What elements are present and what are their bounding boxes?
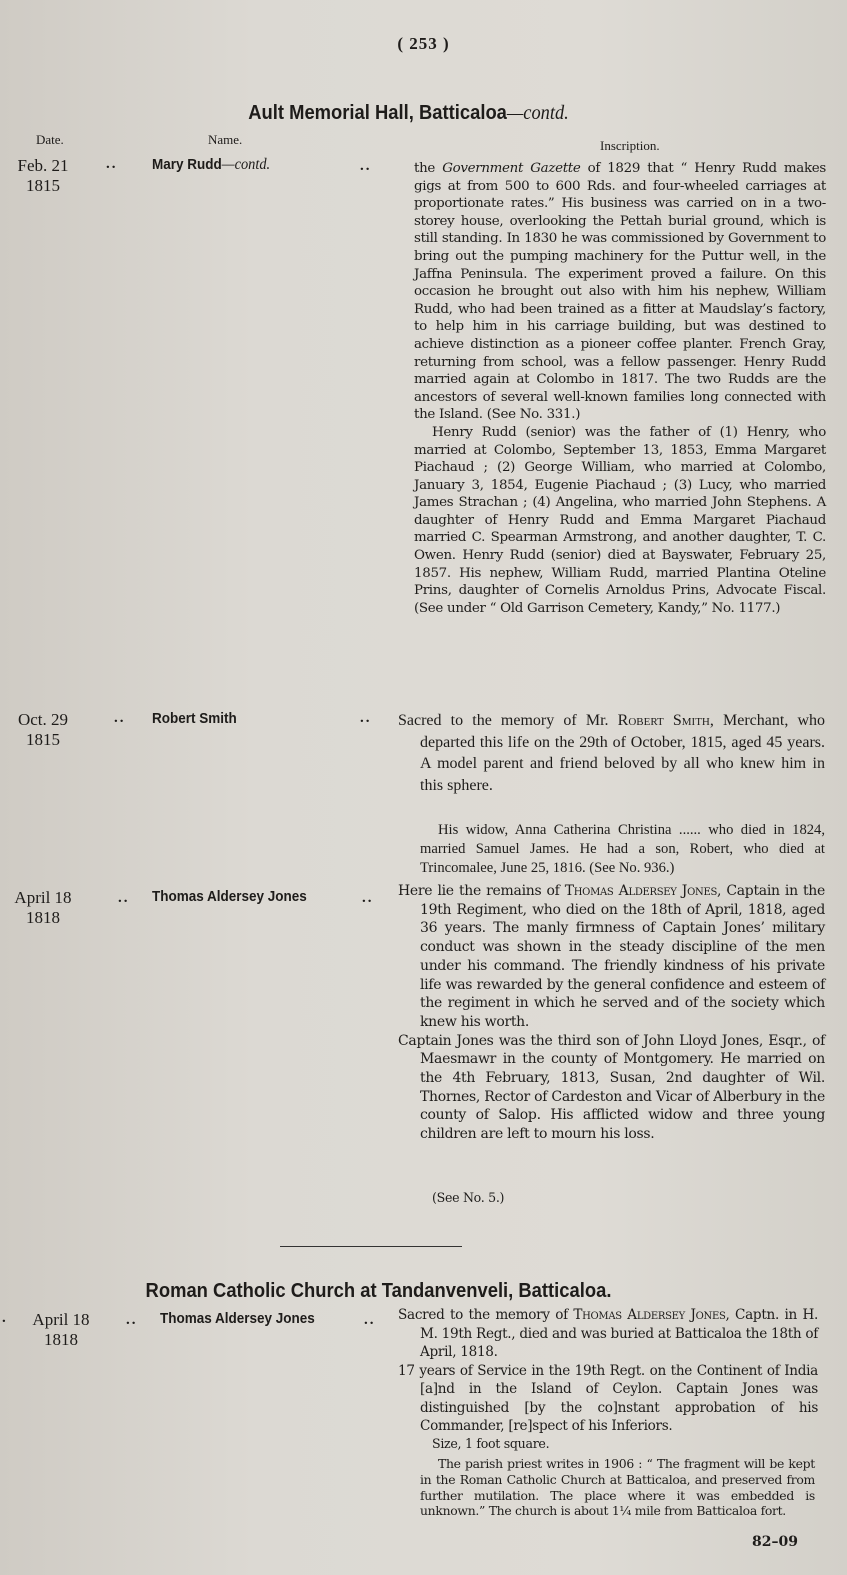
date-day: April 18 — [26, 1310, 96, 1330]
entry-note: His widow, Anna Catherina Christina ....… — [420, 821, 825, 878]
entry-name: Thomas Aldersey Jones — [160, 1310, 315, 1327]
inscription-paragraph: 17 years of Service in the 19th Regt. on… — [398, 1362, 818, 1436]
size-note: Size, 1 foot square. — [432, 1436, 812, 1452]
section-title-text: Ault Memorial Hall, Batticaloa — [248, 102, 507, 124]
inscription-paragraph: Captain Jones was the third son of John … — [398, 1032, 825, 1144]
entry-date: Oct. 291815 — [8, 710, 78, 750]
section-title-ault-memorial-hall: Ault Memorial Hall, Batticaloa—contd. — [19, 102, 798, 125]
entry-inscription: Sacred to the memory of Mr. Robert Smith… — [398, 710, 825, 796]
date-day: Oct. 29 — [8, 710, 78, 730]
entry-note: (See No. 5.) — [432, 1190, 632, 1206]
dots-separator: .. — [360, 710, 372, 727]
dots-separator: .. — [364, 1312, 376, 1329]
date-year: 1818 — [8, 908, 78, 928]
column-header-name: Name. — [208, 132, 242, 148]
dots-separator: .. — [118, 890, 130, 907]
page-number: ( 253 ) — [0, 34, 847, 54]
margin-dot: . — [2, 1310, 8, 1327]
publication-title: Government Gazette — [442, 161, 580, 176]
entry-inscription: Sacred to the memory of Thomas Aldersey … — [398, 1306, 818, 1436]
entry-name: Mary Rudd—contd. — [152, 156, 270, 174]
entry-date: Feb. 211815 — [8, 156, 78, 196]
column-header-date: Date. — [36, 132, 64, 148]
entry-note: The parish priest writes in 1906 : “ The… — [420, 1456, 815, 1519]
inscription-paragraph: Sacred to the memory of Mr. Robert Smith… — [398, 710, 825, 796]
date-year: 1818 — [26, 1330, 96, 1350]
entry-date: April 181818 — [8, 888, 78, 928]
deceased-name-caps: Robert Smith — [618, 712, 710, 729]
entry-inscription: Here lie the remains of Thomas Aldersey … — [398, 882, 825, 1144]
entry-inscription: the Government Gazette of 1829 that “ He… — [414, 160, 826, 617]
dots-separator: .. — [360, 158, 372, 175]
entry-date: April 181818 — [26, 1310, 96, 1350]
inscription-paragraph: Henry Rudd (senior) was the father of (1… — [414, 424, 826, 618]
inscription-paragraph: Sacred to the memory of Thomas Aldersey … — [398, 1306, 818, 1362]
date-year: 1815 — [8, 176, 78, 196]
footer-code: 82–09 — [752, 1534, 798, 1550]
deceased-name-caps: Thomas Aldersey Jones — [573, 1307, 725, 1323]
date-day: Feb. 21 — [8, 156, 78, 176]
section-title-contd: —contd. — [507, 102, 569, 124]
inscription-paragraph: the Government Gazette of 1829 that “ He… — [414, 160, 826, 424]
dots-separator: .. — [114, 710, 126, 727]
entry-name: Robert Smith — [152, 710, 237, 727]
date-year: 1815 — [8, 730, 78, 750]
entry-name: Thomas Aldersey Jones — [152, 888, 307, 905]
name-text: Mary Rudd — [152, 156, 222, 173]
dots-separator: .. — [126, 1312, 138, 1329]
dots-separator: .. — [362, 890, 374, 907]
section-title-roman-catholic-church: Roman Catholic Church at Tandanvenveli, … — [0, 1280, 768, 1303]
name-contd: —contd. — [222, 156, 270, 173]
column-header-inscription: Inscription. — [600, 138, 660, 154]
dots-separator: .. — [106, 156, 118, 173]
inscription-paragraph: Here lie the remains of Thomas Aldersey … — [398, 882, 825, 1032]
section-divider — [280, 1246, 462, 1247]
deceased-name-caps: Thomas Aldersey Jones — [565, 883, 717, 899]
date-day: April 18 — [8, 888, 78, 908]
